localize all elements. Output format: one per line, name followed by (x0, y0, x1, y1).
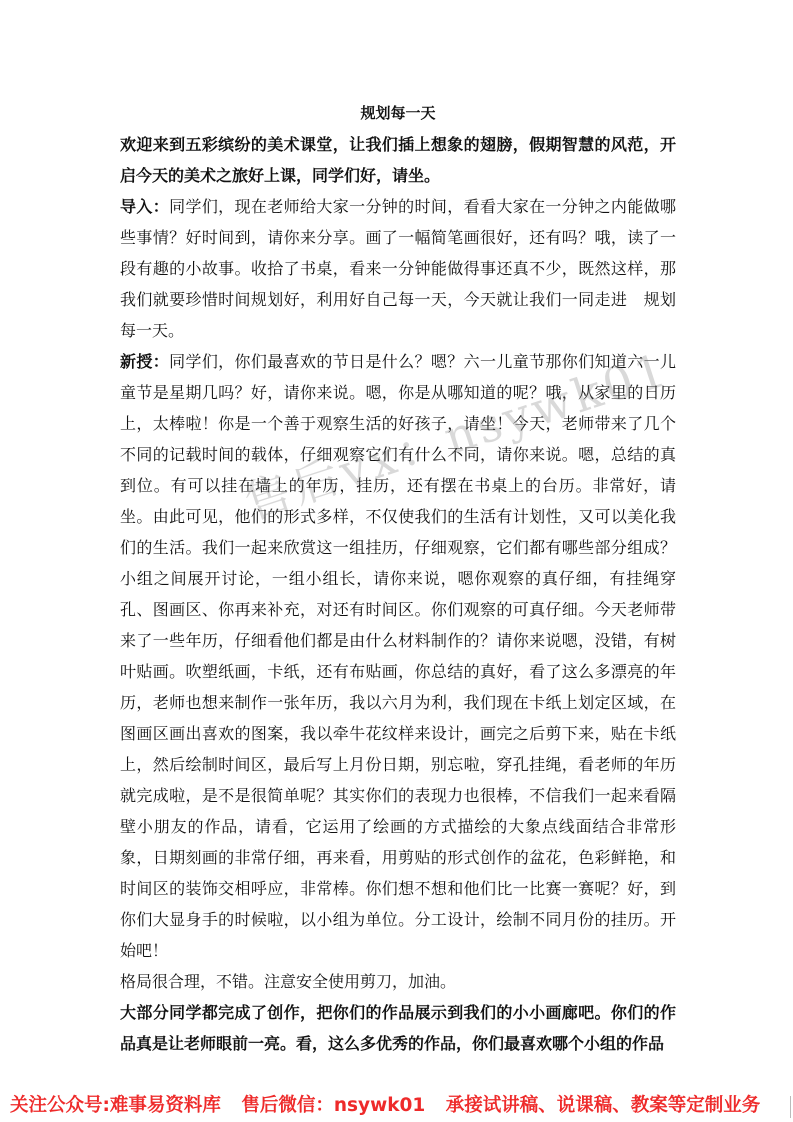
document-page: 规划每一天 欢迎来到五彩缤纷的美术课堂，让我们插上想象的翅膀，假期智慧的风范，开… (120, 98, 676, 1059)
footer-after-sales: 售后微信：nsywk01 (241, 1095, 425, 1116)
section-label-new-teaching: 新授： (120, 352, 169, 371)
document-title: 规划每一天 (120, 98, 676, 129)
feedback-line: 格局很合理，不错。注意安全使用剪刀，加油。 (120, 966, 676, 997)
section-text-import: 同学们，现在老师给大家一分钟的时间，看看大家在一分钟之内能做哪些事情？好时间到，… (120, 197, 676, 340)
closing-paragraph: 大部分同学都完成了创作，把你们的作品展示到我们的小小画廊吧。你们的作品真是让老师… (120, 997, 676, 1059)
intro-paragraph: 欢迎来到五彩缤纷的美术课堂，让我们插上想象的翅膀，假期智慧的风范，开启今天的美术… (120, 129, 676, 191)
page-edge-divider (790, 1096, 791, 1118)
section-text-new-teaching: 同学们，你们最喜欢的节日是什么？嗯？六一儿童节那你们知道六一儿童节是星期几吗？好… (120, 352, 676, 960)
section-new-teaching: 新授：同学们，你们最喜欢的节日是什么？嗯？六一儿童节那你们知道六一儿童节是星期几… (120, 346, 676, 966)
footer-banner: 关注公众号:难事易资料库 售后微信：nsywk01 承接试讲稿、说课稿、教案等定… (0, 1090, 793, 1122)
footer-wechat-account: 关注公众号:难事易资料库 (10, 1095, 221, 1116)
footer-services: 承接试讲稿、说课稿、教案等定制业务 (446, 1095, 761, 1116)
section-label-import: 导入： (120, 197, 169, 216)
section-import: 导入：同学们，现在老师给大家一分钟的时间，看看大家在一分钟之内能做哪些事情？好时… (120, 191, 676, 346)
